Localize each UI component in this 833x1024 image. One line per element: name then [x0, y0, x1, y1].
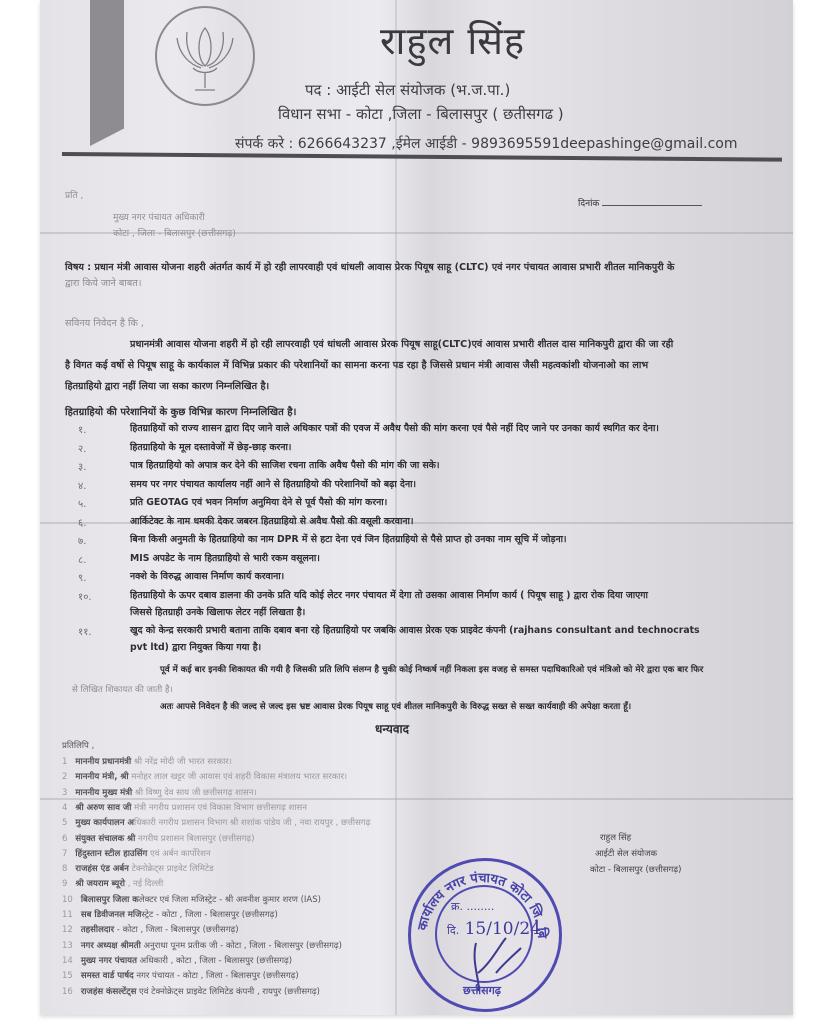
recipient-line-1: मुख्य नगर पंचायत अधिकारी [113, 210, 205, 223]
reason-number: ११. [78, 624, 92, 638]
copy-recipient-title: राजहंस एंड अर्बन [75, 864, 128, 874]
reason-item: समय पर नगर पंचायत कार्यालय नहीं आने से ह… [130, 477, 416, 490]
reason-item: बिना किसी अनुमती के हितग्राहियो का नाम D… [130, 532, 567, 545]
reason-item: पात्र हितग्राहियो को अपात्र कर देने की स… [130, 458, 439, 471]
copy-recipient-item: 3माननीय मुख्य मंत्री श्री विष्णु देव साय… [62, 787, 257, 798]
copy-recipient-title: तहसीलदार [81, 925, 114, 935]
copy-number: 9 [62, 879, 67, 889]
to-label: प्रति , [65, 188, 83, 201]
copy-recipient-title: संयुक्त संचालक श्री [75, 834, 135, 844]
reason-number: ४. [78, 478, 86, 492]
paper-fold [40, 798, 793, 800]
copy-recipient-item: 10बिलासपुर जिला कलेक्टर एवं जिला मजिस्ट्… [62, 894, 321, 905]
copy-recipient-detail: लेक्टर एवं जिला मजिस्ट्रेट - श्री अवनीश … [139, 895, 321, 905]
para2-line-1: पूर्व में कई बार इनकी शिकायत की गयी है ज… [160, 663, 703, 675]
para1-line-1: प्रधानमंत्री आवास योजना शहरी में हो रही … [130, 337, 673, 350]
copy-recipient-title: माननीय मंत्री, श्री [75, 772, 128, 782]
copy-recipient-detail: एवं अर्बन कार्पोरेशन [147, 849, 210, 859]
contact-line: संपर्क करे : 6266643237 ,ईमेल आईडी - 989… [235, 134, 737, 153]
contact-label: संपर्क करे : [235, 136, 293, 152]
copy-recipient-item: 4श्री अरुण साव जी मंत्री नगरीय प्रशासन ए… [62, 802, 307, 813]
signature-post: आईटी सेल संयोजक [595, 848, 657, 859]
copy-recipient-title: माननीय मुख्य मंत्री [75, 788, 132, 798]
copy-recipient-item: 7हिंदुस्तान स्टील हाउसिंग एवं अर्बन कार्… [62, 848, 211, 859]
copy-number: 14 [62, 956, 73, 966]
copies-heading: प्रतिलिपि , [62, 740, 94, 751]
reason-number: ६. [78, 515, 86, 529]
copy-recipient-detail: श्री नरेंद्र मोदी जी भारत सरकार। [131, 757, 232, 767]
letterhead-side-bar [90, 0, 124, 146]
copy-recipient-item: 14मुख्य नगर पंचायत अधिकारी , कोटा , जिला… [62, 955, 292, 966]
letter-page: राहुल सिंह पद : आईटी सेल संयोजक (भ.ज.पा.… [40, 0, 793, 1015]
copy-recipient-item: 1माननीय प्रधानमंत्री श्री नरेंद्र मोदी ज… [62, 756, 232, 767]
copy-recipient-item: 5मुख्य कार्यपालन अधिकारी नगरीय प्रशासन व… [62, 817, 370, 828]
copy-number: 2 [62, 772, 67, 782]
copy-number: 12 [62, 925, 73, 935]
copy-recipient-title: श्री अरुण साव जी [75, 803, 131, 813]
copy-recipient-title: मुख्य कार्यपालन अ [75, 818, 134, 828]
copy-number: 4 [62, 803, 67, 813]
copy-recipient-detail: - कोटा , जिला - बिलासपुर (छत्तीसगढ़) [114, 925, 239, 935]
copy-recipient-item: 15समस्त वार्ड पार्षद नगर पंचायत - कोटा ,… [62, 970, 299, 981]
reason-item: हितग्राहियो के मूल दस्तावेजों में छेड़-छ… [130, 440, 291, 453]
signature-name: राहुल सिंह [600, 832, 631, 843]
para1-line-3: हितग्राहियो द्वारा नहीं लिया जा सका कारण… [65, 379, 269, 392]
subject-line-2: द्वारा किये जाने बाबत। [65, 276, 141, 289]
copy-recipient-item: 16राजहंस कंसल्टेंट्स एवं टेक्नोक्रेट्स प… [62, 986, 320, 997]
reason-number: ९. [78, 570, 86, 584]
copy-recipient-detail: स्ट्रेट - कोटा , जिला - बिलासपुर (छत्तीस… [141, 910, 277, 920]
copy-recipient-item: 11सब डिवीजनल मजिस्ट्रेट - कोटा , जिला - … [62, 909, 278, 920]
copy-recipient-detail: मंत्री नगरीय प्रशासन एवं विकास विभाग छत्… [131, 803, 307, 813]
copy-number: 16 [62, 987, 73, 997]
reason-item: MIS अपडेट के नाम हितग्राहियो से भारी रकम… [130, 551, 320, 564]
copy-recipient-item: 9श्री जयराम ब्यूरो , नई दिल्ली [62, 878, 163, 889]
reason-item: नक्शे के विरुद्ध आवास निर्माण कार्य करवा… [130, 569, 284, 582]
signature-place: कोटा - बिलासपुर (छत्तीसगढ़) [590, 864, 681, 875]
copy-number: 1 [62, 757, 67, 767]
sender-constituency: विधान सभा - कोटा ,जिला - बिलासपुर ( छतीस… [278, 104, 564, 124]
copy-recipient-item: 2माननीय मंत्री, श्री मनोहर लाल खट्टर जी … [62, 771, 347, 782]
date-field: दिनांक [578, 196, 702, 209]
copy-number: 15 [62, 971, 73, 981]
copy-number: 7 [62, 849, 67, 859]
subject-line-1: विषय : प्रधान मंत्री आवास योजना शहरी अंत… [65, 260, 674, 273]
copy-recipient-title: माननीय प्रधानमंत्री [75, 757, 131, 767]
salutation: सविनय निवेदन है कि , [65, 316, 144, 329]
reason-item: हितग्राहियों को राज्य शासन द्वारा दिए जा… [130, 421, 659, 434]
sender-post: पद : आईटी सेल संयोजक (भ.ज.पा.) [305, 80, 510, 100]
para2-line-2: से लिखित शिकायत की जाती है। [72, 683, 173, 695]
copy-recipient-title: नगर अध्यक्ष श्रीमती [81, 941, 141, 951]
reason-item: खुद को केन्द्र सरकारी प्रभारी बताना ताकि… [130, 623, 700, 636]
copy-number: 10 [62, 895, 73, 905]
reason-number: ७. [78, 533, 86, 547]
handwritten-signature [466, 933, 526, 993]
reason-item: हितग्राहियो के ऊपर दबाव डालना की उनके प्… [130, 588, 648, 601]
copy-recipient-detail: अधिकारी , कोटा , जिला - बिलासपुर (छत्तीस… [137, 956, 292, 966]
copy-recipient-detail: , नई दिल्ली [125, 879, 163, 889]
copy-recipient-item: 6संयुक्त संचालक श्री नगरीय प्रशासन बिलास… [62, 833, 255, 844]
recipient-line-2: कोटा , जिला - बिलासपुर (छत्तीसगढ़) [113, 226, 236, 239]
copy-recipient-title: श्री जयराम ब्यूरो [75, 879, 125, 889]
copy-number: 5 [62, 818, 67, 828]
letterhead-divider [62, 152, 782, 162]
copy-number: 11 [62, 910, 73, 920]
copy-recipient-detail: धिकारी नगरीय प्रशासन विभाग श्री शशांक पा… [134, 818, 370, 828]
copy-recipient-detail: एवं टेक्नोक्रेट्स प्राइवेट लिमिटेड कंपनी… [136, 987, 320, 997]
stamp-number-label: क्र. ........ [451, 899, 494, 914]
reason-number: ३. [78, 459, 86, 473]
reason-number: १. [78, 422, 86, 436]
lotus-emblem-icon [155, 6, 255, 106]
copy-recipient-detail: नगरीय प्रशासन बिलासपुर (छत्तीसगढ़) [135, 834, 254, 844]
para3: अतः आपसे निवेदन है की जल्द से जल्द इस भ्… [160, 700, 631, 712]
phone-number: 6266643237 [298, 136, 387, 152]
reason-item: प्रति GEOTAG एवं भवन निर्माण अनुमिया देन… [130, 495, 387, 508]
reason-number: ८. [78, 552, 86, 566]
copy-recipient-detail: टेक्नोक्रेट्स प्राइवेट लिमिटेड [129, 864, 214, 874]
copy-recipient-title: समस्त वार्ड पार्षद [81, 971, 134, 981]
thanks: धन्यवाद [375, 720, 409, 737]
date-label: दिनांक [578, 199, 599, 209]
email-label: ,ईमेल आईडी - [391, 136, 466, 152]
copy-recipient-title: मुख्य नगर पंचायत [81, 956, 137, 966]
sender-name: राहुल सिंह [380, 14, 525, 66]
copy-recipient-detail: श्री विष्णु देव साय जी छत्तीसगढ़ शासन। [132, 788, 257, 798]
reasons-heading: हितग्राहियो की परेशानियों के कुछ विभिन्न… [65, 404, 296, 418]
copy-recipient-title: बिलासपुर जिला क [81, 895, 139, 905]
reason-item: आर्किटेक्ट के नाम धमकी देकर जबरन हितग्रा… [130, 514, 413, 527]
copy-recipient-detail: अनुराधा पूनम प्रतीक जी - कोटा , जिला - ब… [141, 941, 342, 951]
reason-number: १०. [78, 589, 92, 603]
copy-number: 13 [62, 941, 73, 951]
copy-recipient-title: हिंदुस्तान स्टील हाउसिंग [75, 849, 147, 859]
reason-number: २. [78, 441, 86, 455]
copy-number: 3 [62, 788, 67, 798]
copy-recipient-title: सब डिवीजनल मजि [81, 910, 142, 920]
reason-item: जिससे हितग्राही उनके खिलाफ लेटर नहीं लिख… [130, 605, 305, 618]
copy-recipient-item: 8राजहंस एंड अर्बन टेक्नोक्रेट्स प्राइवेट… [62, 863, 214, 874]
copy-number: 8 [62, 864, 67, 874]
copy-number: 6 [62, 834, 67, 844]
reason-number: ५. [78, 496, 86, 510]
copy-recipient-detail: नगर पंचायत - कोटा , जिला - बिलासपुर (छत्… [134, 971, 299, 981]
email-address: 9893695591deepashinge@gmail.com [471, 136, 737, 152]
copy-recipient-item: 12तहसीलदार - कोटा , जिला - बिलासपुर (छत्… [62, 924, 239, 935]
reason-item: pvt ltd) द्वारा नियुक्त किया गया है। [130, 640, 261, 653]
copy-recipient-detail: मनोहर लाल खट्टर जी आवास एवं शहरी विकास म… [129, 772, 348, 782]
para1-line-2: है विगत कई वर्षो से पियूष साहू के कार्यक… [65, 358, 648, 371]
office-stamp: कार्यालय नगर पंचायत कोटा जि. बिलासपुर क्… [408, 858, 562, 1012]
copy-recipient-title: राजहंस कंसल्टेंट्स [81, 987, 137, 997]
copy-recipient-item: 13नगर अध्यक्ष श्रीमती अनुराधा पूनम प्रती… [62, 940, 342, 951]
